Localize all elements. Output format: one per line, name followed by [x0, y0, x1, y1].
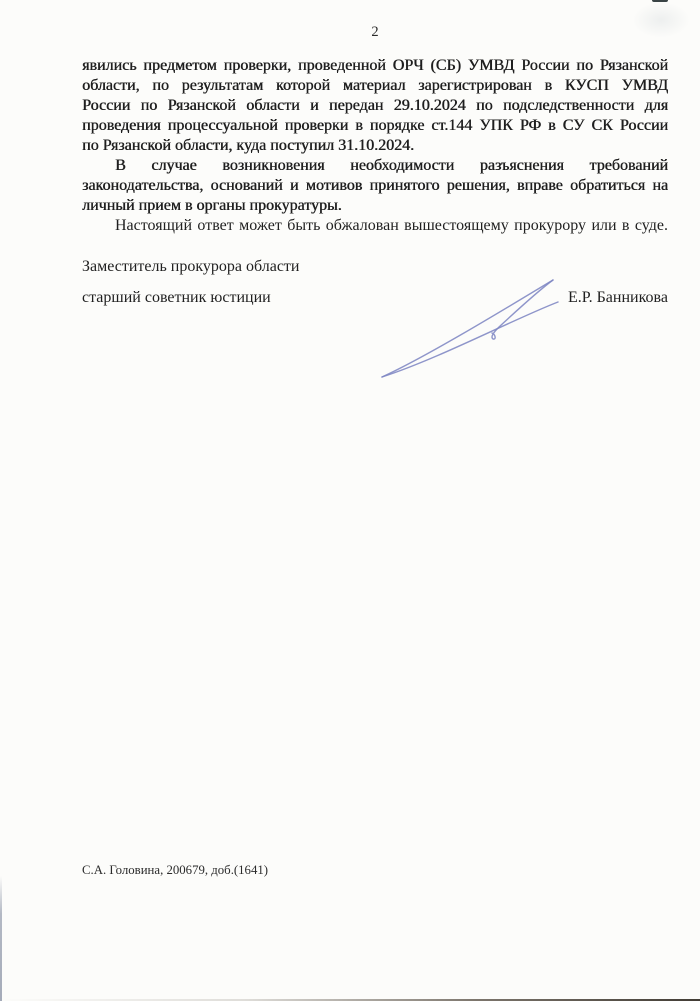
text-line: области, по результатам которой материал…: [82, 76, 668, 96]
scan-edge-left-artifact: [0, 876, 2, 1001]
text-line: по Рязанской области, куда поступил 31.1…: [82, 136, 668, 156]
text-line: законодательства, оснований и мотивов пр…: [82, 176, 668, 196]
page-number: 2: [82, 24, 668, 41]
scan-mark-artifact: [652, 0, 668, 2]
paragraph-kusp-registration: явились предметом проверки, проведенной …: [82, 56, 668, 156]
paragraph-appeal-notice: Настоящий ответ может быть обжалован выш…: [82, 216, 668, 236]
text-line: В случае возникновения необходимости раз…: [82, 156, 668, 176]
text-line: России по Рязанской области и передан 29…: [82, 96, 668, 116]
executor-note: С.А. Головина, 200679, доб.(1641): [82, 863, 268, 878]
signer-name: Е.Р. Банникова: [568, 288, 668, 308]
scan-smudge-artifact: [632, 2, 690, 38]
handwritten-signature: [372, 272, 568, 384]
job-title-line-2: старший советник юстиции: [82, 288, 271, 308]
text-line: личный прием в органы прокуратуры.: [82, 196, 668, 216]
document-body: явились предметом проверки, проведенной …: [82, 56, 668, 236]
text-line: проведения процессуальной проверки в пор…: [82, 116, 668, 136]
document-page: 2 явились предметом проверки, проведенно…: [0, 0, 700, 1001]
text-line: Настоящий ответ может быть обжалован выш…: [82, 216, 668, 236]
text-line: явились предметом проверки, проведенной …: [82, 56, 668, 76]
paragraph-personal-appointment: В случае возникновения необходимости раз…: [82, 156, 668, 216]
